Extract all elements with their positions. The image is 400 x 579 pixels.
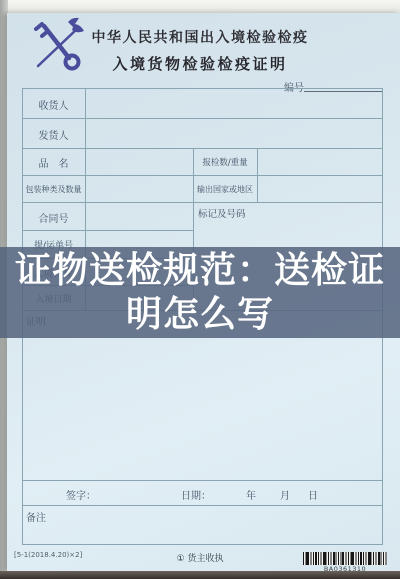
headline-line1: 证物送检规范：送检证 <box>15 249 385 293</box>
signature-label: 签字： <box>66 487 96 502</box>
grid-vline <box>257 148 258 202</box>
field-label-export-country: 输出国家或地区 <box>193 184 257 195</box>
field-label-inspect-qty: 报检数/重量 <box>193 156 257 168</box>
grid-hline <box>22 202 383 203</box>
grid-hline <box>22 148 383 149</box>
scanned-document: 中华人民共和国出入境检验检疫 入境货物检验检疫证明 编号 收货人 发货人 品 名… <box>0 0 400 579</box>
scan-bottom-edge <box>0 571 400 579</box>
day-label: 日 <box>308 487 318 502</box>
field-label-consigner: 发货人 <box>22 127 85 142</box>
grid-hline <box>22 505 383 506</box>
year-label: 年 <box>246 487 256 502</box>
field-label-remarks: 备注 <box>26 509 46 524</box>
barcode <box>303 552 387 565</box>
month-label: 月 <box>280 487 290 502</box>
org-title: 中华人民共和国出入境检验检疫 <box>0 27 400 47</box>
field-label-product-name: 品 名 <box>22 155 85 170</box>
grid-hline <box>22 118 383 119</box>
field-label-package-qty: 包装种类及数量 <box>22 184 85 195</box>
scan-top-margin <box>0 0 400 13</box>
date-label: 日期： <box>181 487 211 502</box>
grid-hline <box>22 230 193 231</box>
grid-hline <box>22 175 383 176</box>
field-label-contract-no: 合同号 <box>22 210 85 225</box>
field-label-consignee: 收货人 <box>22 97 85 112</box>
grid-hline <box>22 480 383 481</box>
headline-overlay: 证物送检规范：送检证 明怎么写 <box>0 247 400 338</box>
document-title: 入境货物检验检疫证明 <box>0 53 400 74</box>
headline-line2: 明怎么写 <box>126 293 274 337</box>
field-label-marks-numbers: 标记及号码 <box>198 206 246 220</box>
